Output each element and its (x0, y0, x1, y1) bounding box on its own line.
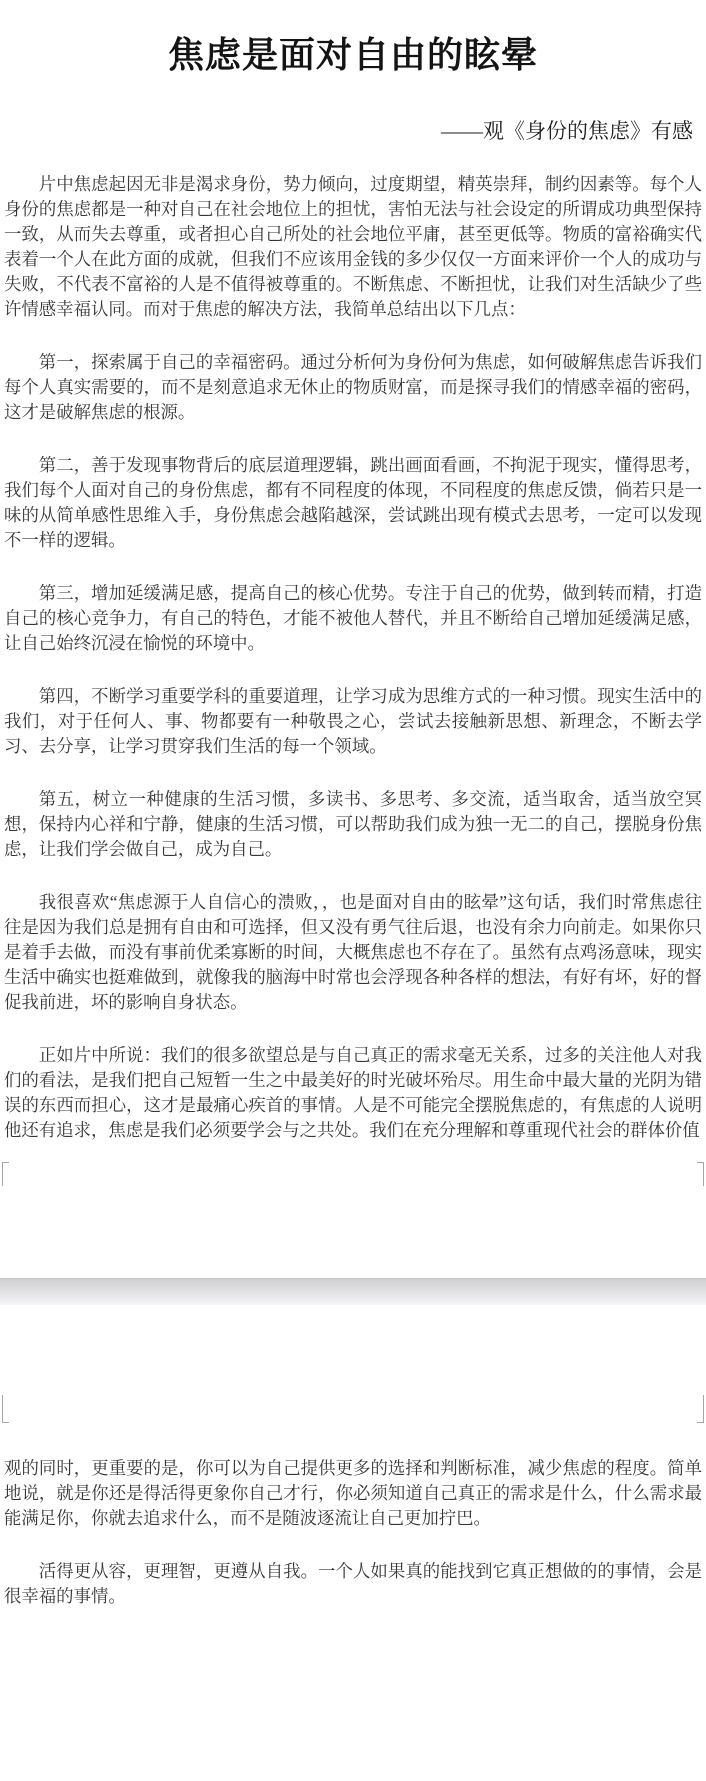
page-gap (0, 1278, 706, 1305)
page-2-paragraphs[interactable]: 观的同时，更重要的是，你可以为自己提供更多的选择和判断标准，减少焦虑的程度。简单… (4, 1456, 702, 1609)
paragraph[interactable]: 片中焦虑起因无非是渴求身份，势力倾向，过度期望，精英崇拜，制约因素等。每个人身份… (4, 172, 702, 322)
text-boundary-mark-bottom-left (2, 1162, 9, 1186)
paragraph[interactable]: 观的同时，更重要的是，你可以为自己提供更多的选择和判断标准，减少焦虑的程度。简单… (4, 1456, 702, 1531)
text-boundary-mark-top-left (2, 1395, 9, 1423)
page-1-paragraphs[interactable]: 片中焦虑起因无非是渴求身份，势力倾向，过度期望，精英崇拜，制约因素等。每个人身份… (4, 172, 702, 1143)
text-boundary-mark-top-right (697, 1395, 704, 1423)
paragraph[interactable]: 第四，不断学习重要学科的重要道理，让学习成为思维方式的一种习惯。现实生活中的我们… (4, 684, 702, 759)
paragraph[interactable]: 我很喜欢“焦虑源于人自信心的溃败，，也是面对自由的眩晕”这句话，我们时常焦虑往往… (4, 890, 702, 1015)
paragraph[interactable]: 第三，增加延缓满足感，提高自己的核心优势。专注于自己的优势，做到转而精，打造自己… (4, 581, 702, 656)
paragraph[interactable]: 第五，树立一种健康的生活习惯，多读书、多思考、多交流，适当取舍，适当放空冥想，保… (4, 787, 702, 862)
page-2[interactable]: 观的同时，更重要的是，你可以为自己提供更多的选择和判断标准，减少焦虑的程度。简单… (0, 1305, 706, 1781)
paragraph[interactable]: 活得更从容，更理智，更遵从自我。一个人如果真的能找到它真正想做的的事情，会是很幸… (4, 1559, 702, 1609)
page-1[interactable]: 焦虑是面对自由的眩晕 ——观《身份的焦虑》有感 片中焦虑起因无非是渴求身份，势力… (0, 0, 706, 1278)
paragraph[interactable]: 第二，善于发现事物背后的底层道理逻辑，跳出画面看画，不拘泥于现实，懂得思考，我们… (4, 453, 702, 553)
document-subtitle[interactable]: ——观《身份的焦虑》有感 (4, 118, 693, 144)
paragraph[interactable]: 正如片中所说：我们的很多欲望总是与自己真正的需求毫无关系，过多的关注他人对我们的… (4, 1043, 702, 1143)
text-boundary-mark-bottom-right (697, 1162, 704, 1186)
paragraph[interactable]: 第一，探索属于自己的幸福密码。通过分析何为身份何为焦虑，如何破解焦虑告诉我们每个… (4, 350, 702, 425)
document-title[interactable]: 焦虑是面对自由的眩晕 (4, 32, 702, 78)
